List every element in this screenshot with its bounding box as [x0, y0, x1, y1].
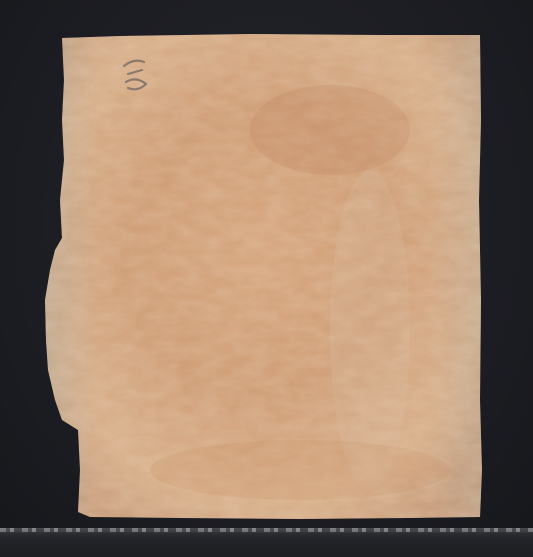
pencil-mark — [118, 52, 158, 100]
stamp-back — [0, 0, 533, 557]
